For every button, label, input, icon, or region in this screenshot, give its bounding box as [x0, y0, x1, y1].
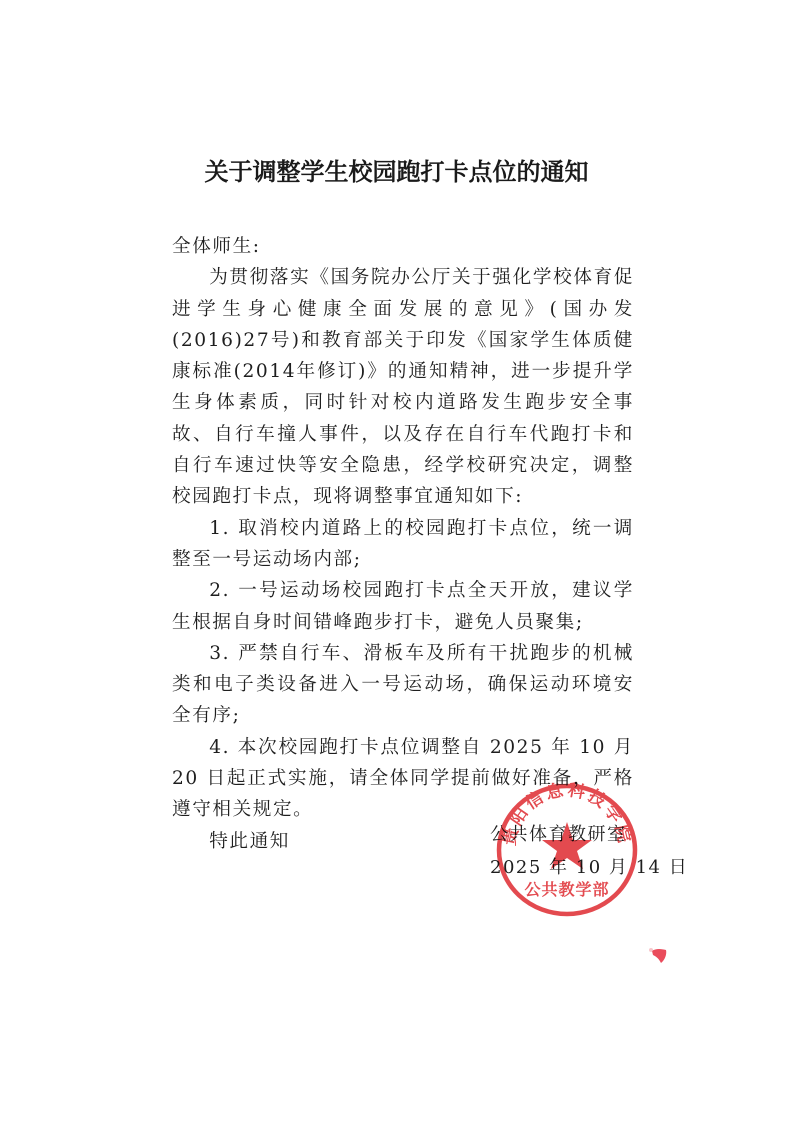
- seal-bottom-text: 公共教学部: [524, 880, 609, 899]
- notice-item-1: 1. 取消校内道路上的校园跑打卡点位，统一调整至一号运动场内部;: [172, 513, 634, 576]
- document-page: 关于调整学生校园跑打卡点位的通知 全体师生: 为贯彻落实《国务院办公厅关于强化学…: [0, 0, 793, 1122]
- ink-smudge-icon: [648, 945, 670, 967]
- document-body: 全体师生: 为贯彻落实《国务院办公厅关于强化学校体育促进学生身心健康全面发展的意…: [172, 231, 634, 857]
- notice-item-2: 2. 一号运动场校园跑打卡点全天开放，建议学生根据自身时间错峰跑步打卡，避免人员…: [172, 575, 634, 638]
- official-seal-icon: 贵阳信息科技学院 公共教学部: [494, 780, 640, 920]
- salutation: 全体师生:: [172, 231, 634, 262]
- document-title: 关于调整学生校园跑打卡点位的通知: [0, 152, 793, 187]
- intro-paragraph: 为贯彻落实《国务院办公厅关于强化学校体育促进学生身心健康全面发展的意见》(国办发…: [172, 262, 634, 512]
- notice-item-3: 3. 严禁自行车、滑板车及所有干扰跑步的机械类和电子类设备进入一号运动场，确保运…: [172, 638, 634, 732]
